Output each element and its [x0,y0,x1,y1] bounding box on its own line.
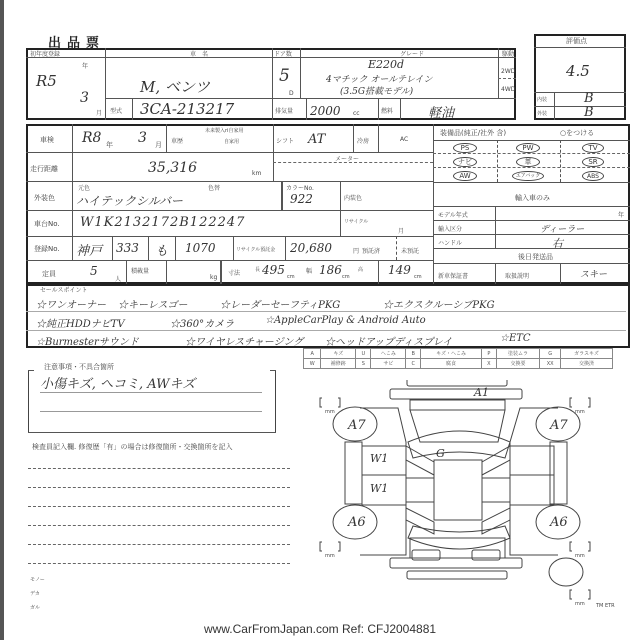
divider [378,124,379,152]
equip-ps: PS [453,143,477,153]
shift-value: AT [308,132,325,147]
displacement-value: 2000 [310,104,341,118]
body-type-value: 自家用 [224,138,239,145]
capacity-label: 定員 [42,269,56,279]
divider [26,330,626,331]
tread-unit: mm [325,553,335,559]
doors-value: 5 [279,66,290,86]
sales-point: ☆Burmesterサウンド [36,333,139,348]
legend-desc: へこみ [371,349,406,359]
handle-value: 右 [552,235,563,251]
doors-unit: D [289,90,294,97]
import-label: 輸入車のみ [515,193,550,203]
inspector-line [28,468,290,469]
grade-line-3: (3.5G搭載モデル) [340,84,413,97]
watermark: www.CarFromJapan.com Ref: CFJ2004881 [0,622,640,636]
length-unit: cm [287,274,295,280]
sales-point: ☆ワンオーナー [36,296,106,311]
equip-leather: 革 [516,157,540,167]
equipment-hint: ○をつける [560,128,594,138]
color-change-label: 色替 [208,183,220,192]
fuel-label: 燃料 [381,106,393,115]
divider [497,140,498,182]
capacity-unit: 人 [115,274,121,283]
legend-desc: 交換済 [560,359,612,369]
damage-mark-windshield: G [436,447,445,460]
import-type-value: ディーラー [540,222,584,235]
tread-unit: mm [575,601,585,607]
divider [433,263,630,264]
divider [433,167,630,168]
spare-key-value: スキー [580,267,607,280]
doors-label: ドア数 [274,49,292,58]
score-label: 評価点 [566,36,587,46]
exterior-color-value: ハイテックシルバー [76,192,183,209]
divider [498,78,516,79]
damage-mark-left-front-door: W1 [370,452,388,465]
recycle-value: 20,680 [290,241,332,255]
damage-mark-front-left-wheel: A7 [348,418,366,433]
drive-label: 駆動 [502,49,514,58]
divider [273,162,433,163]
damage-mark-rear-left-wheel: A6 [348,515,366,530]
drive-4wd: 4WD [501,86,515,93]
equip-tv: TV [582,143,604,153]
sales-point: ☆キーレスゴー [118,296,188,311]
divider [126,260,127,284]
divider [26,311,626,312]
recycle-label: リサイクル預託金 [236,246,275,253]
chassis-value: W1K2132172B122247 [80,215,245,230]
dimensions-label: 寸法 [228,268,240,277]
equipment-label: 装備品(純正/社外 含) [440,128,506,138]
body-type-label: 車歴 [171,136,183,145]
plate-class: 333 [116,241,139,255]
recycle-unit: 円 [353,246,359,255]
divider [40,411,262,412]
model-year-label: モデル年式 [438,210,468,219]
divider [433,182,630,183]
load-unit: kg [210,274,217,281]
divider [378,260,379,284]
legend-desc: 交換要 [496,359,540,369]
handle-label: ハンドル [438,238,462,247]
divider [220,260,222,284]
divider [433,220,630,221]
divider [148,236,149,260]
equip-pw: PW [516,143,540,153]
ac-label: 冷房 [357,136,369,145]
length-label: 長 [255,266,260,273]
bottom-label: モノー [30,576,45,583]
sales-point: ☆純正HDDナビTV [36,315,125,330]
legend-code: W [304,359,321,369]
divider [72,124,73,260]
year-unit: 年 [82,61,88,70]
divider [273,124,274,152]
registration-year: R5 [36,72,57,90]
score-value: 4.5 [566,62,590,80]
recycle-unpaid: 未預託 [401,246,419,255]
damage-mark-front-right-wheel: A7 [550,418,568,433]
capacity-value: 5 [90,264,98,278]
divider [132,98,133,120]
divider [498,48,499,98]
car-name-label: 車 名 [190,49,208,58]
divider [495,263,496,284]
fuel-value: 軽油 [428,102,454,121]
interior-color-label: 内装色 [344,193,362,202]
mileage-unit: km [252,170,261,177]
divider [175,236,176,260]
width-label: 幅 [306,266,312,275]
grade-label: グレード [400,49,424,58]
model-year-unit: 年 [618,210,624,219]
damage-mark-left-rear-door: W1 [370,482,388,495]
plate-label: 登録No. [34,244,60,254]
legend-code: U [356,349,371,359]
color-no-value: 922 [290,192,313,206]
legend-desc: キズ・へこみ [421,349,482,359]
sales-point: ☆ETC [500,333,531,344]
bottom-label: デカ [30,590,40,597]
divider [300,48,301,98]
divider [26,181,433,182]
damage-legend: A キズ U へこみ B キズ・へこみ P 塗装ムラ G ガラスキズ W 補修跡… [303,348,613,369]
sales-point: ☆AppleCarPlay & Android Auto [265,315,426,326]
sales-point: ☆ワイヤレスチャージング [185,333,303,348]
legend-code: G [540,349,561,359]
legend-code: S [356,359,371,369]
drive-2wd: 2WD [501,68,515,75]
divider [433,206,630,207]
car-name-value: M, ベンツ [140,76,210,97]
divider [26,260,433,261]
legend-desc: サビ [371,359,406,369]
divider [433,248,630,249]
shift-label: シフト [276,136,294,145]
width-value: 186 [319,263,342,277]
displacement-unit: cc [353,110,360,117]
damage-mark-rear-right-wheel: A6 [550,515,568,530]
load-label: 積載量 [131,266,149,275]
height-unit: cm [414,274,422,280]
divider [433,153,630,154]
plate-kana: も [155,240,168,259]
height-label: 高 [358,266,363,273]
inspection-month-unit: 月 [155,140,162,150]
divider [340,181,341,236]
equip-sr: SR [582,157,604,167]
plate-region: 神戸 [76,240,102,259]
divider [28,370,34,371]
width-unit: cm [342,274,350,280]
legend-code: XX [540,359,561,369]
legend-code: C [406,359,421,369]
divider [233,236,234,260]
sales-points-label: セールスポイント [40,285,87,294]
inspection-year-unit: 年 [106,140,113,150]
divider [40,392,262,393]
equip-navi: ナビ [453,157,477,167]
ac-value: AC [400,136,408,143]
divider [270,370,276,371]
original-color-label: 元色 [78,183,90,192]
inspector-line [28,544,290,545]
inspection-month: 3 [138,130,147,146]
legend-desc: 腐食 [421,359,482,369]
legend-desc: キズ [321,349,356,359]
inspector-line [28,487,290,488]
divider [495,206,496,248]
divider [378,98,379,120]
sales-point: ☆エクスクルーシブPKG [383,296,495,311]
car-damage-diagram [300,380,630,620]
sales-point: ☆レーダーセーフティPKG [220,296,340,311]
inspector-label: 検査員記入欄. 修復歴「有」の場合は修復箇所・交換箇所を記入 [32,442,232,452]
recycle-paid: 預託済 [362,246,380,255]
exterior-grade-label: 外装 [537,110,547,117]
month-unit: 月 [96,108,102,117]
divider [28,432,276,433]
divider [306,98,307,120]
sales-point: ☆360°カメラ [170,315,234,330]
mileage-value: 35,316 [148,160,197,176]
post-items-label: 後日発送品 [518,252,553,262]
legend-code: P [481,349,496,359]
scan-edge [0,0,4,640]
model-code-value: 3CA-213217 [140,100,234,118]
divider [534,92,626,93]
equip-airbag: エアバッグ [512,171,544,181]
inspector-line [28,525,290,526]
grade-line-1: E220d [368,58,404,71]
divider [166,260,167,284]
color-no-label: カラーNo. [286,183,314,192]
legend-code: X [481,359,496,369]
divider [400,98,401,120]
interior-grade-value: B [584,91,594,106]
bottom-label: ガル [30,604,40,611]
legend-code: B [406,349,421,359]
divider [534,47,626,48]
displacement-label: 排気量 [275,106,293,115]
divider [285,236,286,260]
inspection-year: R8 [82,130,101,146]
divider [26,57,516,58]
divider [281,181,283,210]
legend-desc: ガラスキズ [560,349,612,359]
divider [166,124,167,152]
equip-aw: AW [453,171,477,181]
registration-month: 3 [80,90,89,106]
divider [396,236,397,260]
interior-grade-label: 内装 [537,96,547,103]
inspector-line [28,506,290,507]
divider [272,48,273,120]
equip-abs: ABS [582,171,604,181]
manual-label: 取扱説明 [505,271,529,280]
divider [433,124,434,284]
import-type-label: 輸入区分 [438,224,462,233]
tread-unit: mm [575,409,585,415]
chassis-label: 車台No. [34,219,60,229]
tread-unit: mm [325,409,335,415]
divider [26,236,433,237]
sales-point: ☆ヘッドアップディスプレイ [325,333,452,348]
height-value: 149 [388,263,411,277]
divider [560,263,561,284]
recall-month-unit: 月 [398,226,404,235]
divider [433,140,630,141]
model-code-label: 型式 [110,106,122,115]
divider [534,106,626,107]
divider [560,140,561,182]
length-value: 495 [262,263,285,277]
damage-mark-front: A1 [474,386,489,399]
inspector-line [28,563,290,564]
legend-desc: 塗装ムラ [496,349,540,359]
divider [105,48,106,120]
recall-label: リサイクル [344,218,368,225]
warranty-label: 新車保証書 [438,271,468,280]
divider [105,98,516,99]
divider [554,92,555,120]
divider [112,236,113,260]
divider [353,124,354,152]
body-type-note: 未来製入ri自家用 [205,127,243,134]
exterior-grade-value: B [584,105,594,120]
plate-number: 1070 [185,241,216,255]
legend-code: A [304,349,321,359]
divider [273,152,274,181]
mileage-label: 走行距離 [30,164,58,174]
legend-desc: 補修跡 [321,359,356,369]
inspection-label: 車検 [40,135,54,145]
exterior-color-label: 外装色 [34,193,55,203]
divider [26,210,433,211]
divider [433,234,630,235]
divider [26,152,433,153]
tread-unit: mm [575,553,585,559]
notes-value: 小傷キズ, へコミ, AWキズ [40,373,195,392]
